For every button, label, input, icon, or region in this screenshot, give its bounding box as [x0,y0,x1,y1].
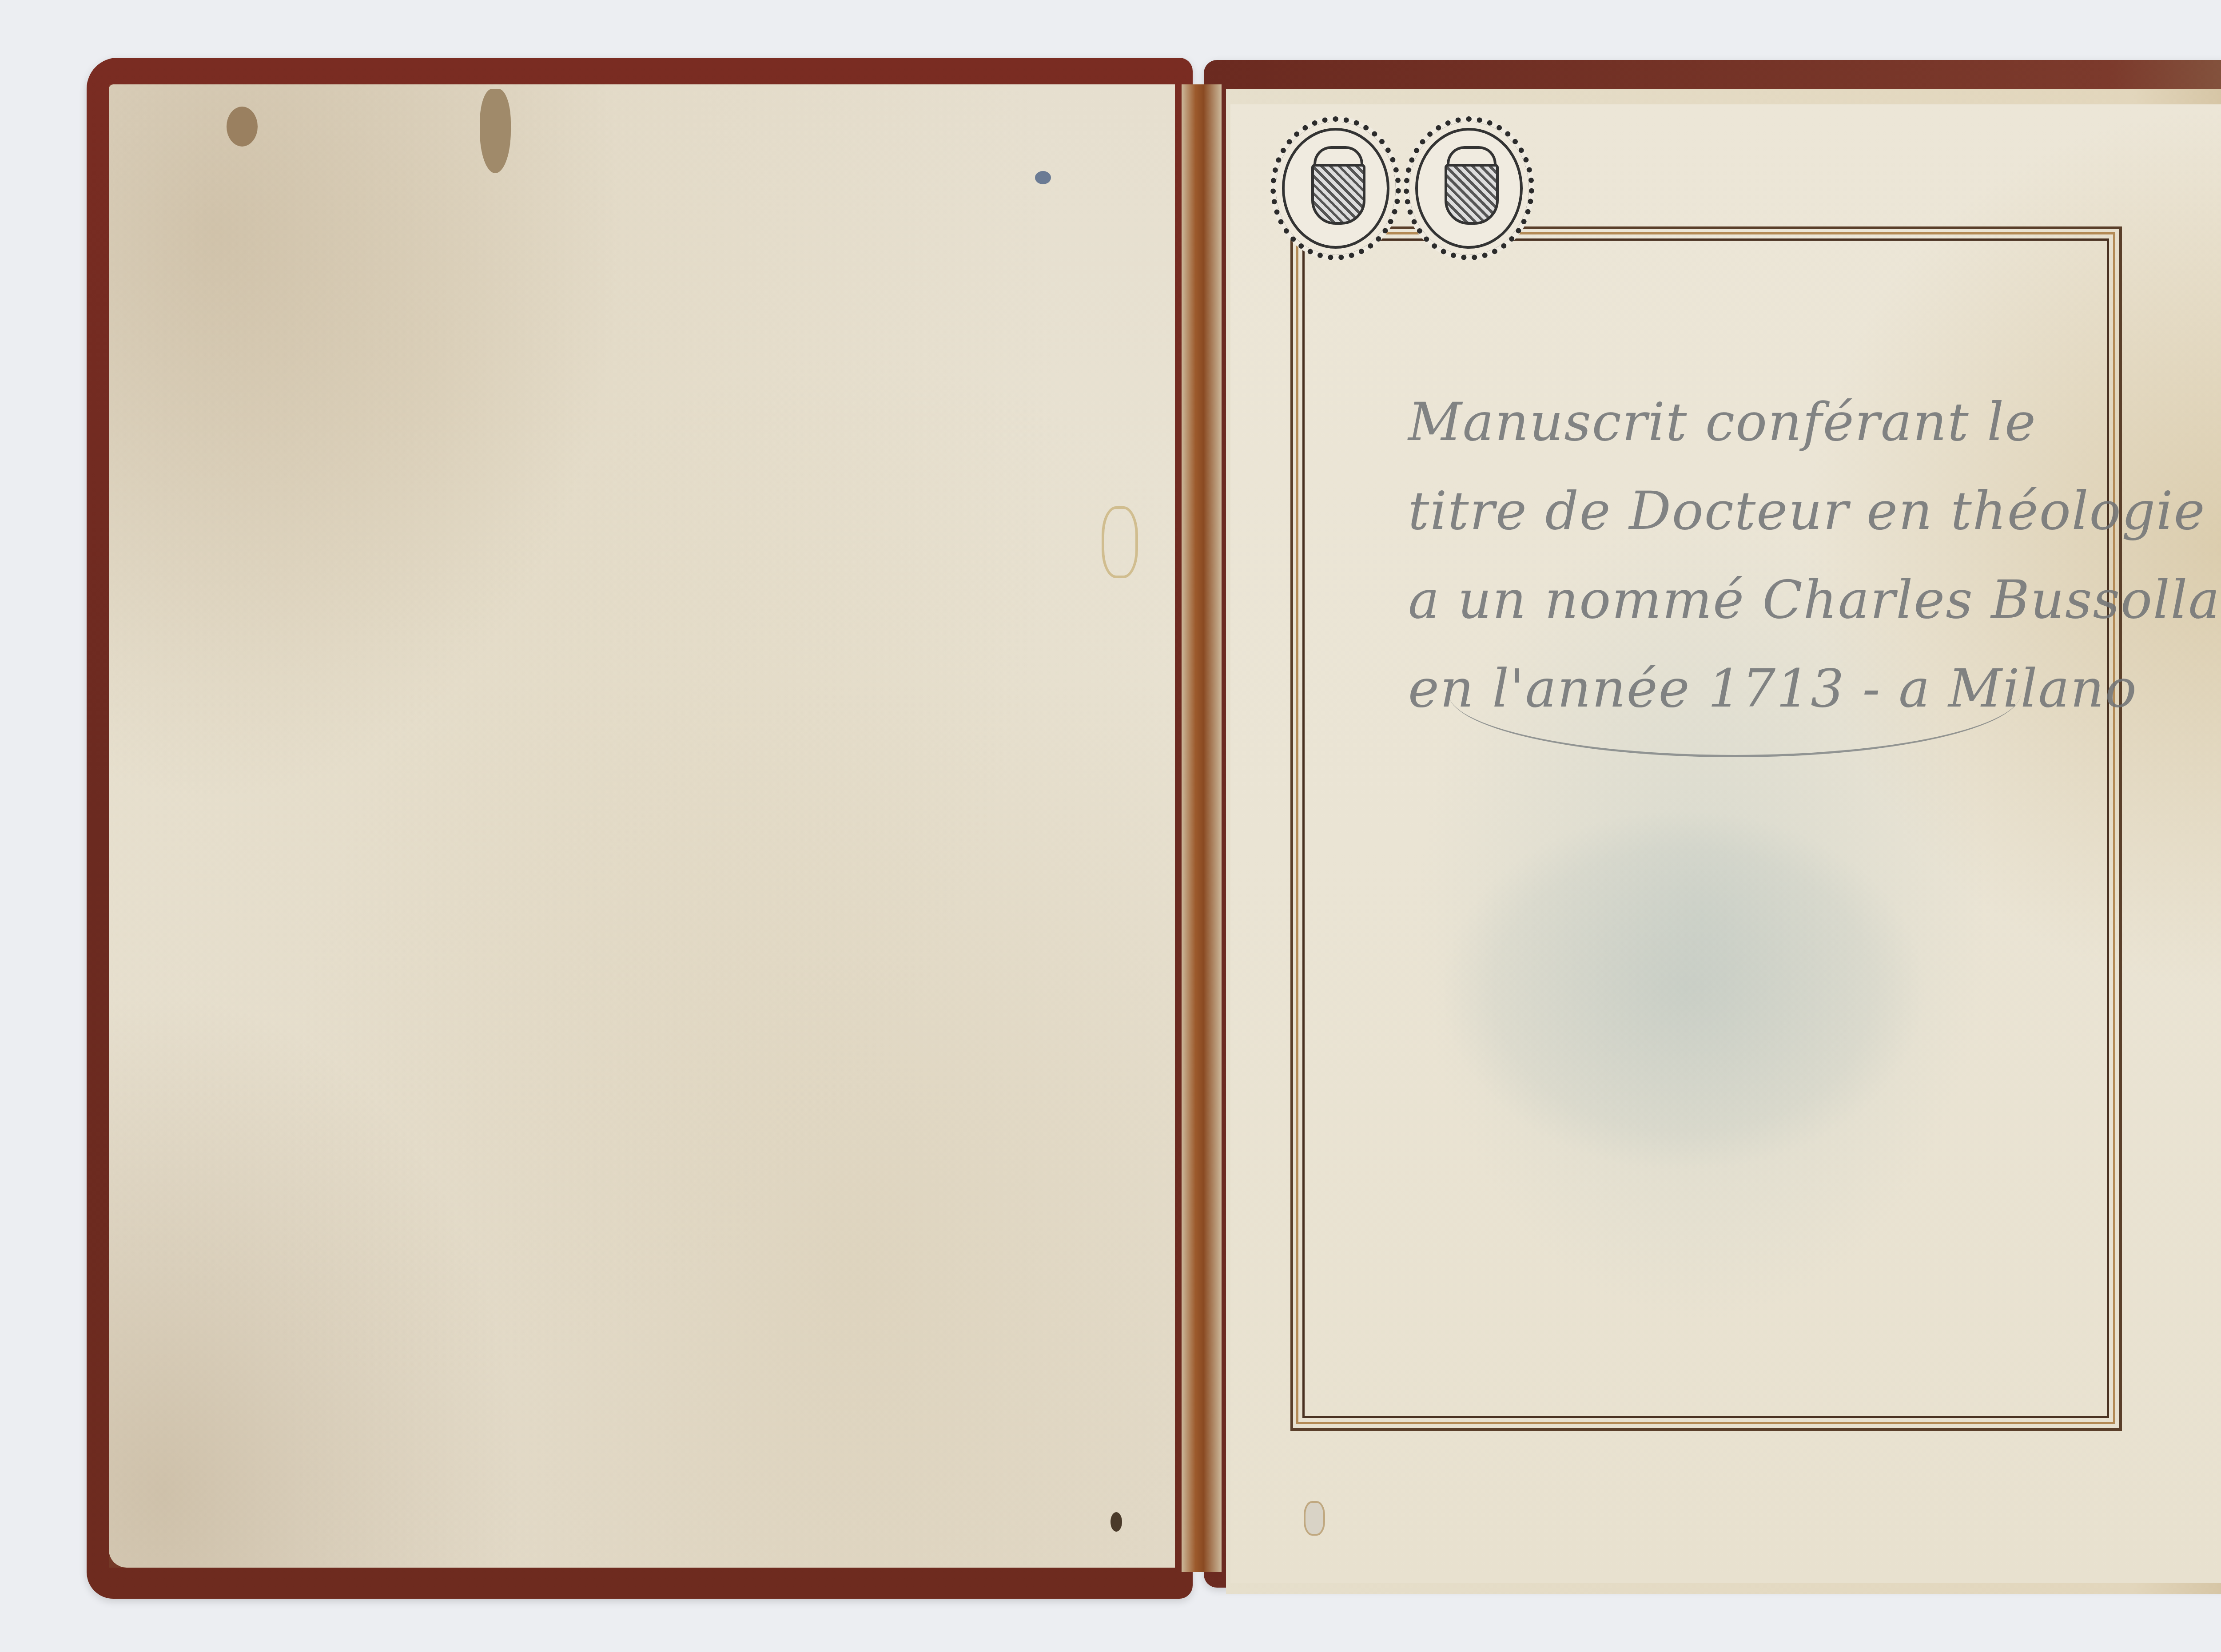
crown-icon [1313,146,1363,165]
worm-hole [1035,171,1051,184]
handwritten-pencil-note: Manuscrit conférant le titre de Docteur … [1408,377,2221,733]
note-line: Manuscrit conférant le [1408,377,2221,466]
coat-of-arms-stamp-icon [1404,116,1534,260]
worm-hole [1304,1501,1325,1536]
note-line: a un nommé Charles Bussolla [1408,555,2221,644]
open-book: Manuscrit conférant le titre de Docteur … [0,0,2221,1652]
coat-of-arms-stamp-icon [1270,116,1401,260]
water-stain [1102,506,1138,578]
book-spine-gutter [1182,84,1222,1572]
paper-tear [480,89,511,173]
shield-icon [1445,164,1499,225]
note-line: titre de Docteur en théologie [1408,466,2221,555]
left-pastedown-page [109,84,1175,1568]
worm-hole [1110,1512,1122,1532]
worm-hole [227,107,258,147]
crown-icon [1447,146,1497,165]
shield-icon [1311,164,1365,225]
